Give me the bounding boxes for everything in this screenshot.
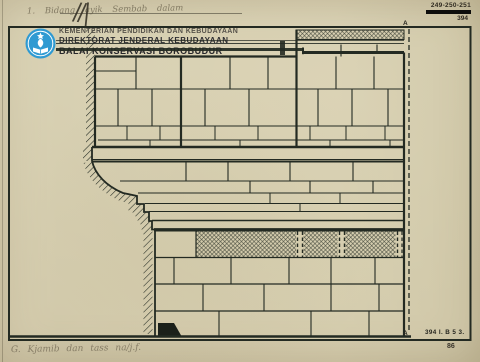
molding-line-upper — [56, 40, 404, 41]
scanned-drawing-sheet: KEMENTERIAN PENDIDIKAN DAN KEBUDAYAAN DI… — [0, 0, 480, 362]
page-number: 86 — [447, 343, 455, 350]
molding-line-middle — [56, 43, 404, 44]
tut-wuri-handayani-logo — [25, 28, 56, 59]
sheet-reference-block: 249-250-251 394 — [426, 2, 471, 22]
letterhead-line-ministry: KEMENTERIAN PENDIDIKAN DAN KEBUDAYAAN — [59, 28, 238, 35]
section-marker-a-top: A — [403, 20, 408, 27]
molding-line-thick — [56, 48, 303, 51]
tally-marks: //| — [73, 0, 90, 27]
drawing-field — [9, 27, 471, 340]
reference-bar — [426, 10, 471, 14]
section-marker-a-bottom: A — [403, 330, 408, 337]
sheet-numbers: 249-250-251 — [426, 2, 471, 9]
drawing-reference-code: 394 I. B 5 3. — [425, 329, 465, 336]
sheet-code: 394 — [426, 15, 471, 22]
